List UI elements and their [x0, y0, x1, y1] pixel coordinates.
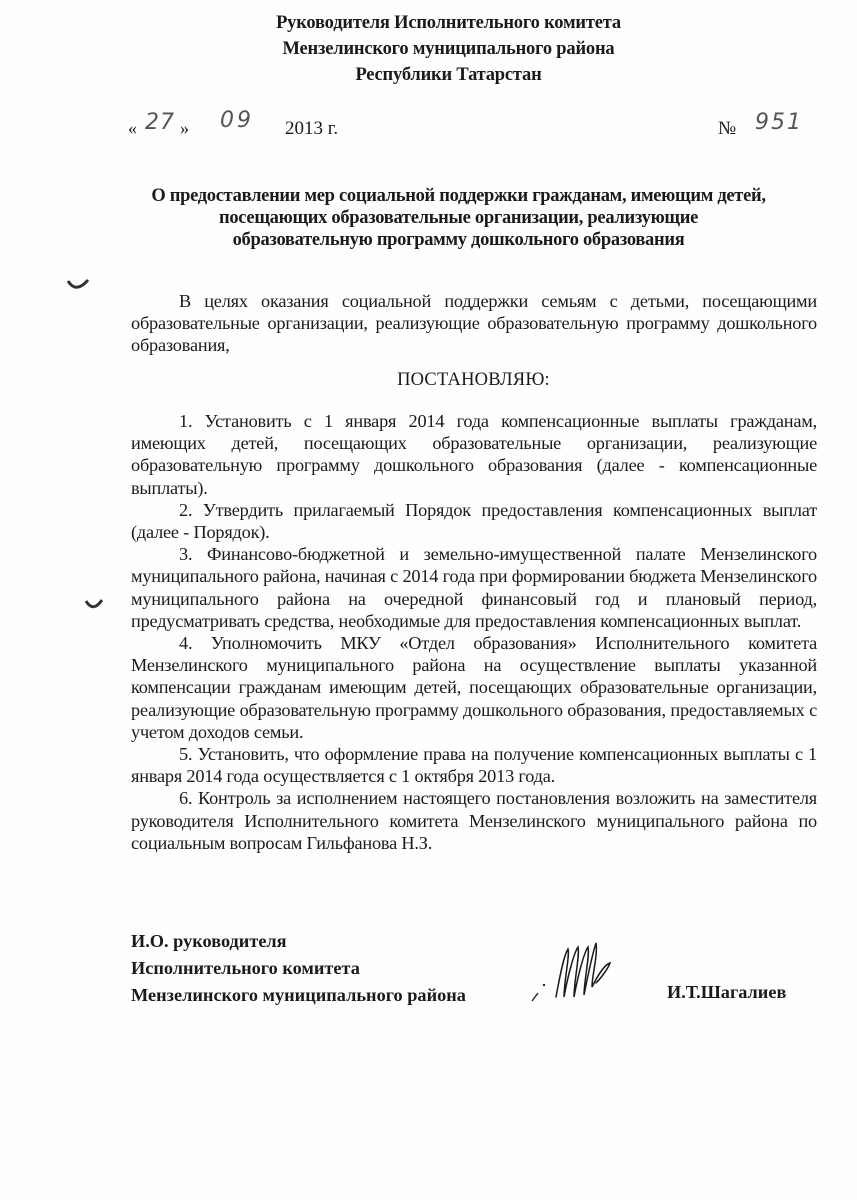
header-line-3: Республики Татарстан	[0, 62, 857, 88]
decree-item-2: 2. Утвердить прилагаемый Порядок предост…	[131, 499, 817, 543]
number-sign: №	[718, 118, 736, 140]
preamble: В целях оказания социальной поддержки се…	[131, 290, 817, 357]
date-month-handwritten: 09	[220, 108, 254, 133]
title-line-3: образовательную программу дошкольного об…	[100, 229, 817, 251]
signatory-title-line-3: Мензелинского муниципального района	[131, 982, 466, 1009]
decree-item-3: 3. Финансово-бюджетной и земельно-имущес…	[131, 543, 817, 632]
document-number-handwritten: 951	[755, 110, 803, 135]
signatory-title-line-1: И.О. руководителя	[131, 928, 466, 955]
date-quote-open: «	[128, 118, 137, 139]
decree-item-1: 1. Установить с 1 января 2014 года компе…	[131, 410, 817, 499]
document-title: О предоставлении мер социальной поддержк…	[100, 185, 817, 251]
punch-hole-mark-top	[66, 278, 90, 292]
signatory-title: И.О. руководителя Исполнительного комите…	[131, 928, 466, 1009]
decree-item-6: 6. Контроль за исполнением настоящего по…	[131, 787, 817, 854]
decree-item-5: 5. Установить, что оформление права на п…	[131, 743, 817, 787]
punch-hole-mark-bottom	[84, 598, 104, 612]
title-line-1: О предоставлении мер социальной поддержк…	[100, 185, 817, 207]
decree-item-4: 4. Уполномочить МКУ «Отдел образования» …	[131, 632, 817, 743]
date-year: 2013 г.	[285, 118, 338, 140]
signatory-name: И.Т.Шагалиев	[667, 982, 786, 1003]
date-day-handwritten: 27	[145, 110, 175, 135]
header-line-1: Руководителя Исполнительного комитета	[0, 10, 857, 36]
title-line-2: посещающих образовательные организации, …	[100, 207, 817, 229]
issuing-authority-header: Руководителя Исполнительного комитета Ме…	[0, 10, 857, 88]
preamble-text: В целях оказания социальной поддержки се…	[131, 290, 817, 357]
decree-items: 1. Установить с 1 января 2014 года компе…	[131, 410, 817, 854]
date-quote-close: »	[180, 118, 189, 139]
handwritten-signature	[530, 935, 640, 1005]
date-and-number-line: « 27 » 09 2013 г. № 951	[128, 108, 807, 144]
signatory-title-line-2: Исполнительного комитета	[131, 955, 466, 982]
decree-heading: ПОСТАНОВЛЯЮ:	[0, 370, 857, 391]
header-line-2: Мензелинского муниципального района	[0, 36, 857, 62]
document-page: Руководителя Исполнительного комитета Ме…	[0, 0, 857, 1200]
